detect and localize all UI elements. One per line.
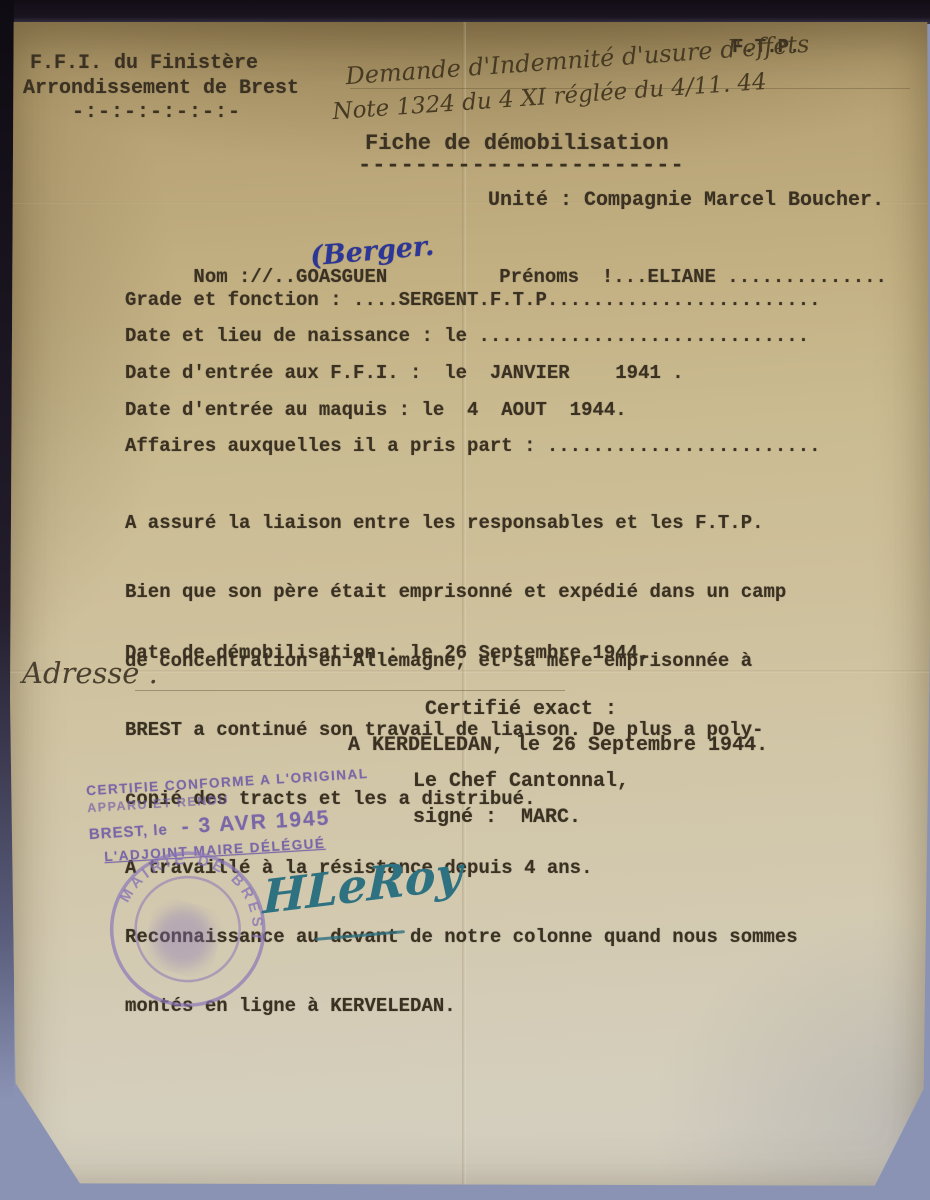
field-naissance: Date et lieu de naissance : le .........… — [125, 325, 809, 347]
handwritten-adresse: Adresse . — [22, 656, 158, 690]
certifie-exact-line: Certifié exact : — [425, 698, 617, 721]
field-demobilisation: Date de démobilisation : le 26 Septembre… — [125, 642, 650, 664]
narrative-line: A assuré la liaison entre les responsabl… — [125, 512, 798, 535]
photo-dark-edge-top — [0, 0, 930, 24]
stamp-date-value: - 3 AVR 1945 — [181, 806, 331, 839]
field-nom-typed-suffix: Prénoms !...ELIANE .............. — [499, 266, 887, 288]
letterhead-divider: -:-:-:-:-:-:- — [72, 101, 241, 124]
unit-line: Unité : Compagnie Marcel Boucher. — [488, 189, 884, 212]
chef-cantonnal-line: Le Chef Cantonnal, — [413, 770, 629, 793]
field-nom: Nom ://..GOASGUENPrénoms !...ELIANE ....… — [125, 244, 887, 332]
field-affaires: Affaires auxquelles il a pris part : ...… — [125, 435, 821, 457]
field-grade: Grade et fonction : ....SERGENT.F.T.P...… — [125, 289, 821, 311]
field-nom-typed-prefix: Nom ://..GOASGUEN — [193, 266, 387, 288]
field-entree-ffi: Date d'entrée aux F.F.I. : le JANVIER 19… — [125, 362, 684, 384]
narrative-line: Bien que son père était emprisonné et ex… — [125, 581, 798, 604]
field-nom-handwritten-insert: (Berger. — [309, 231, 435, 273]
adresse-ruled-line — [135, 690, 565, 691]
letterhead-org-line2: Arrondissement de Brest — [23, 77, 299, 100]
lieu-date-line: A KERDELEDAN, le 26 Septembre 1944. — [348, 734, 768, 757]
signe-marc-line: signé : MARC. — [413, 806, 581, 829]
field-entree-maquis: Date d'entrée au maquis : le 4 AOUT 1944… — [125, 399, 627, 421]
document-title-underline: ----------------------- — [358, 153, 685, 178]
letterhead-org-line1: F.F.I. du Finistère — [30, 52, 258, 75]
document-paper: F.F.I. du Finistère Arrondissement de Br… — [10, 22, 930, 1188]
photo-backdrop: F.F.I. du Finistère Arrondissement de Br… — [0, 0, 930, 1200]
